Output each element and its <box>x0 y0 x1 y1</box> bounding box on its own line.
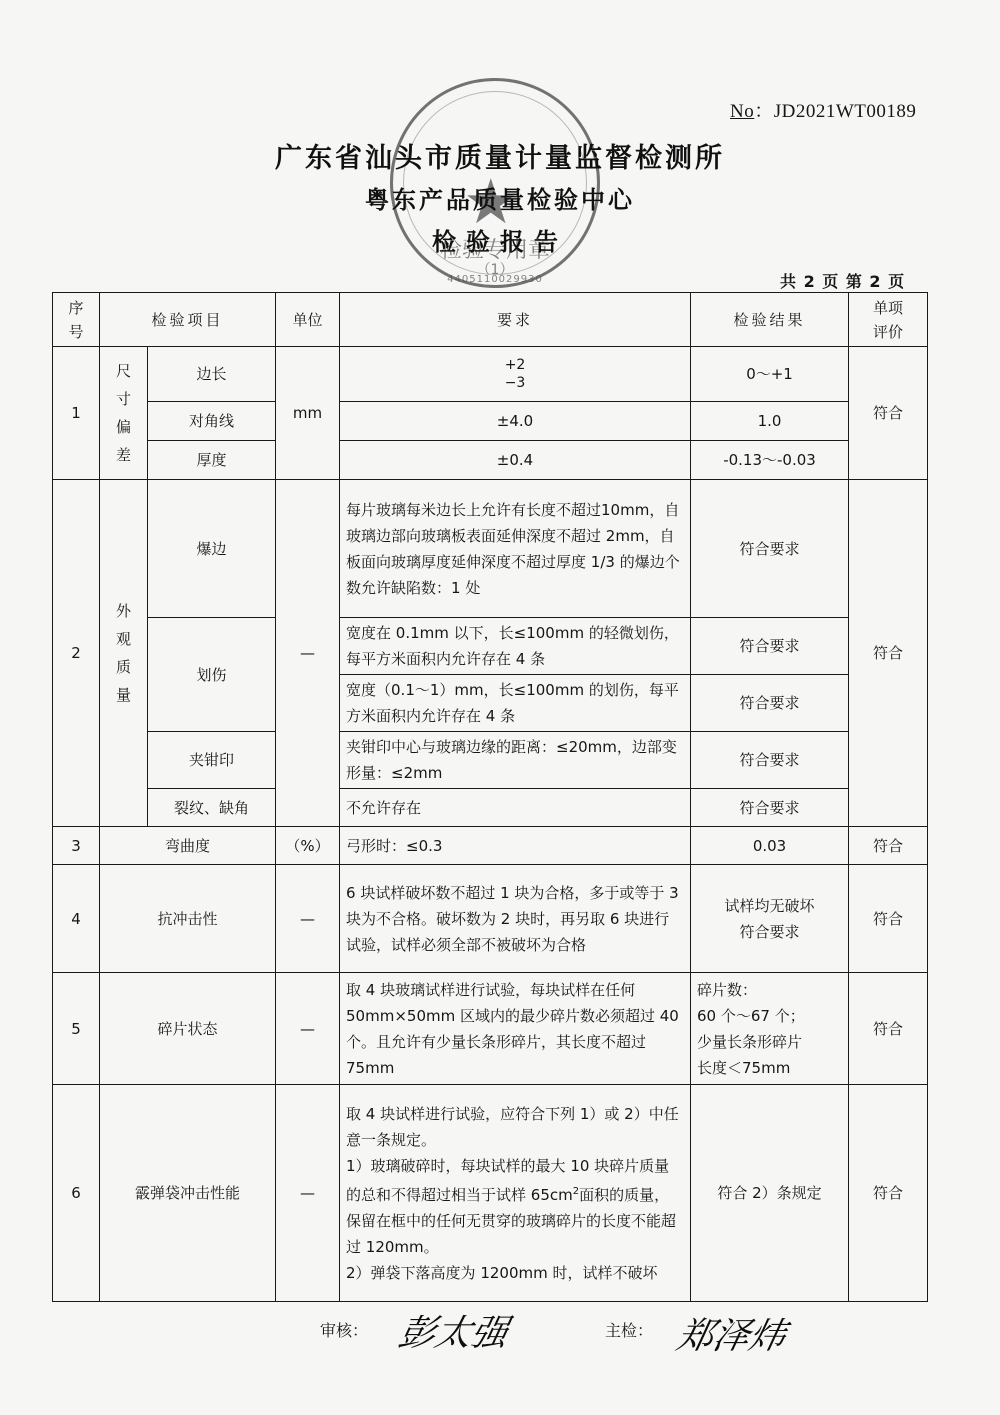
row-evaluation: 符合 <box>849 827 928 865</box>
table-row: 1 尺寸偏差 边长 mm +2−3 0～+1 符合 <box>53 347 928 402</box>
header-requirement: 要求 <box>340 293 691 347</box>
row-result: 试样均无破坏符合要求 <box>691 865 849 973</box>
sub-item-result: 符合要求 <box>691 480 849 618</box>
sub-item-result: 0～+1 <box>691 347 849 402</box>
stamp-code: 4405110029930 <box>393 274 597 285</box>
row-item: 抗冲击性 <box>100 865 276 973</box>
sub-item-result: 符合要求 <box>691 618 849 675</box>
sub-item-result: 1.0 <box>691 402 849 441</box>
row-requirement: 取 4 块玻璃试样进行试验，每块试样在任何 50mm×50mm 区域内的最少碎片… <box>340 973 691 1085</box>
row-requirement: 弓形时：≤0.3 <box>340 827 691 865</box>
row-item: 霰弹袋冲击性能 <box>100 1085 276 1302</box>
sub-item-requirement: 每片玻璃每米边长上允许有长度不超过10mm，自玻璃边部向玻璃板表面延伸深度不超过… <box>340 480 691 618</box>
table-row: 6 霰弹袋冲击性能 — 取 4 块试样进行试验，应符合下列 1）或 2）中任意一… <box>53 1085 928 1302</box>
sub-item-name: 边长 <box>148 347 276 402</box>
row-evaluation: 符合 <box>849 973 928 1085</box>
sub-item-requirement: ±4.0 <box>340 402 691 441</box>
sub-item-requirement: +2−3 <box>340 347 691 402</box>
header-evaluation: 单项评价 <box>849 293 928 347</box>
row-seq: 1 <box>53 347 100 480</box>
row-unit: — <box>276 1085 340 1302</box>
row-result: 碎片数：60 个～67 个；少量长条形碎片长度＜75mm <box>691 973 849 1085</box>
center-title: 粤东产品质量检验中心 <box>0 180 1000 215</box>
inspector-signature: 郑泽炜 <box>673 1308 792 1359</box>
sub-item-result: -0.13～-0.03 <box>691 441 849 480</box>
sub-item-result: 符合要求 <box>691 789 849 827</box>
row-seq: 4 <box>53 865 100 973</box>
row-evaluation: 符合 <box>849 865 928 973</box>
sub-item-name: 爆边 <box>148 480 276 618</box>
table-row: 5 碎片状态 — 取 4 块玻璃试样进行试验，每块试样在任何 50mm×50mm… <box>53 973 928 1085</box>
row-evaluation: 符合 <box>849 1085 928 1302</box>
row-unit: — <box>276 973 340 1085</box>
stamp-number: （1） <box>393 259 597 279</box>
table-row: 划伤 宽度在 0.1mm 以下，长≤100mm 的轻微划伤，每平方米面积内允许存… <box>53 618 928 675</box>
table-row: 夹钳印 夹钳印中心与玻璃边缘的距离：≤20mm，边部变形量：≤2mm 符合要求 <box>53 732 928 789</box>
row-seq: 3 <box>53 827 100 865</box>
row-item: 弯曲度 <box>100 827 276 865</box>
sub-item-requirement: 宽度（0.1～1）mm，长≤100mm 的划伤，每平方米面积内允许存在 4 条 <box>340 675 691 732</box>
sub-item-result: 符合要求 <box>691 675 849 732</box>
row-category: 外观质量 <box>100 480 148 827</box>
organization-title: 广东省汕头市质量计量监督检测所 <box>0 136 1000 175</box>
inspection-results-table: 序号 检验项目 单位 要求 检验结果 单项评价 1 尺寸偏差 边长 mm +2−… <box>52 292 928 1302</box>
sub-item-name: 夹钳印 <box>148 732 276 789</box>
row-unit: — <box>276 480 340 827</box>
table-row: 厚度 ±0.4 -0.13～-0.03 <box>53 441 928 480</box>
reviewer-label: 审核： <box>320 1318 368 1341</box>
sub-item-result: 符合要求 <box>691 732 849 789</box>
row-seq: 6 <box>53 1085 100 1302</box>
report-number-value: JD2021WT00189 <box>774 101 917 122</box>
row-unit: — <box>276 865 340 973</box>
sub-item-name: 裂纹、缺角 <box>148 789 276 827</box>
row-result: 符合 2）条规定 <box>691 1085 849 1302</box>
row-result: 0.03 <box>691 827 849 865</box>
table-row: 对角线 ±4.0 1.0 <box>53 402 928 441</box>
table-row: 2 外观质量 爆边 — 每片玻璃每米边长上允许有长度不超过10mm，自玻璃边部向… <box>53 480 928 618</box>
row-evaluation: 符合 <box>849 480 928 827</box>
sub-item-name: 对角线 <box>148 402 276 441</box>
sub-item-requirement: 不允许存在 <box>340 789 691 827</box>
table-row: 3 弯曲度 （%） 弓形时：≤0.3 0.03 符合 <box>53 827 928 865</box>
sub-item-requirement: 夹钳印中心与玻璃边缘的距离：≤20mm，边部变形量：≤2mm <box>340 732 691 789</box>
row-category: 尺寸偏差 <box>100 347 148 480</box>
report-number-label: No <box>730 101 754 122</box>
row-unit: （%） <box>276 827 340 865</box>
document-title: 检验报告 <box>0 222 1000 257</box>
row-requirement: 6 块试样破坏数不超过 1 块为合格，多于或等于 3 块为不合格。破坏数为 2 … <box>340 865 691 973</box>
row-seq: 2 <box>53 480 100 827</box>
row-unit: mm <box>276 347 340 480</box>
sub-item-name: 划伤 <box>148 618 276 732</box>
header-result: 检验结果 <box>691 293 849 347</box>
row-item: 碎片状态 <box>100 973 276 1085</box>
header-item: 检验项目 <box>100 293 276 347</box>
inspector-label: 主检： <box>605 1318 653 1341</box>
report-number: No：JD2021WT00189 <box>730 96 916 123</box>
sub-item-name: 厚度 <box>148 441 276 480</box>
reviewer-signature: 彭太强 <box>395 1305 514 1356</box>
sub-item-requirement: 宽度在 0.1mm 以下，长≤100mm 的轻微划伤，每平方米面积内允许存在 4… <box>340 618 691 675</box>
table-row: 裂纹、缺角 不允许存在 符合要求 <box>53 789 928 827</box>
sub-item-requirement: ±0.4 <box>340 441 691 480</box>
header-unit: 单位 <box>276 293 340 347</box>
header-seq: 序号 <box>53 293 100 347</box>
row-evaluation: 符合 <box>849 347 928 480</box>
page-indicator: 共 2 页 第 2 页 <box>780 269 905 292</box>
table-row: 4 抗冲击性 — 6 块试样破坏数不超过 1 块为合格，多于或等于 3 块为不合… <box>53 865 928 973</box>
row-seq: 5 <box>53 973 100 1085</box>
row-requirement: 取 4 块试样进行试验，应符合下列 1）或 2）中任意一条规定。 1）玻璃破碎时… <box>340 1085 691 1302</box>
table-header-row: 序号 检验项目 单位 要求 检验结果 单项评价 <box>53 293 928 347</box>
